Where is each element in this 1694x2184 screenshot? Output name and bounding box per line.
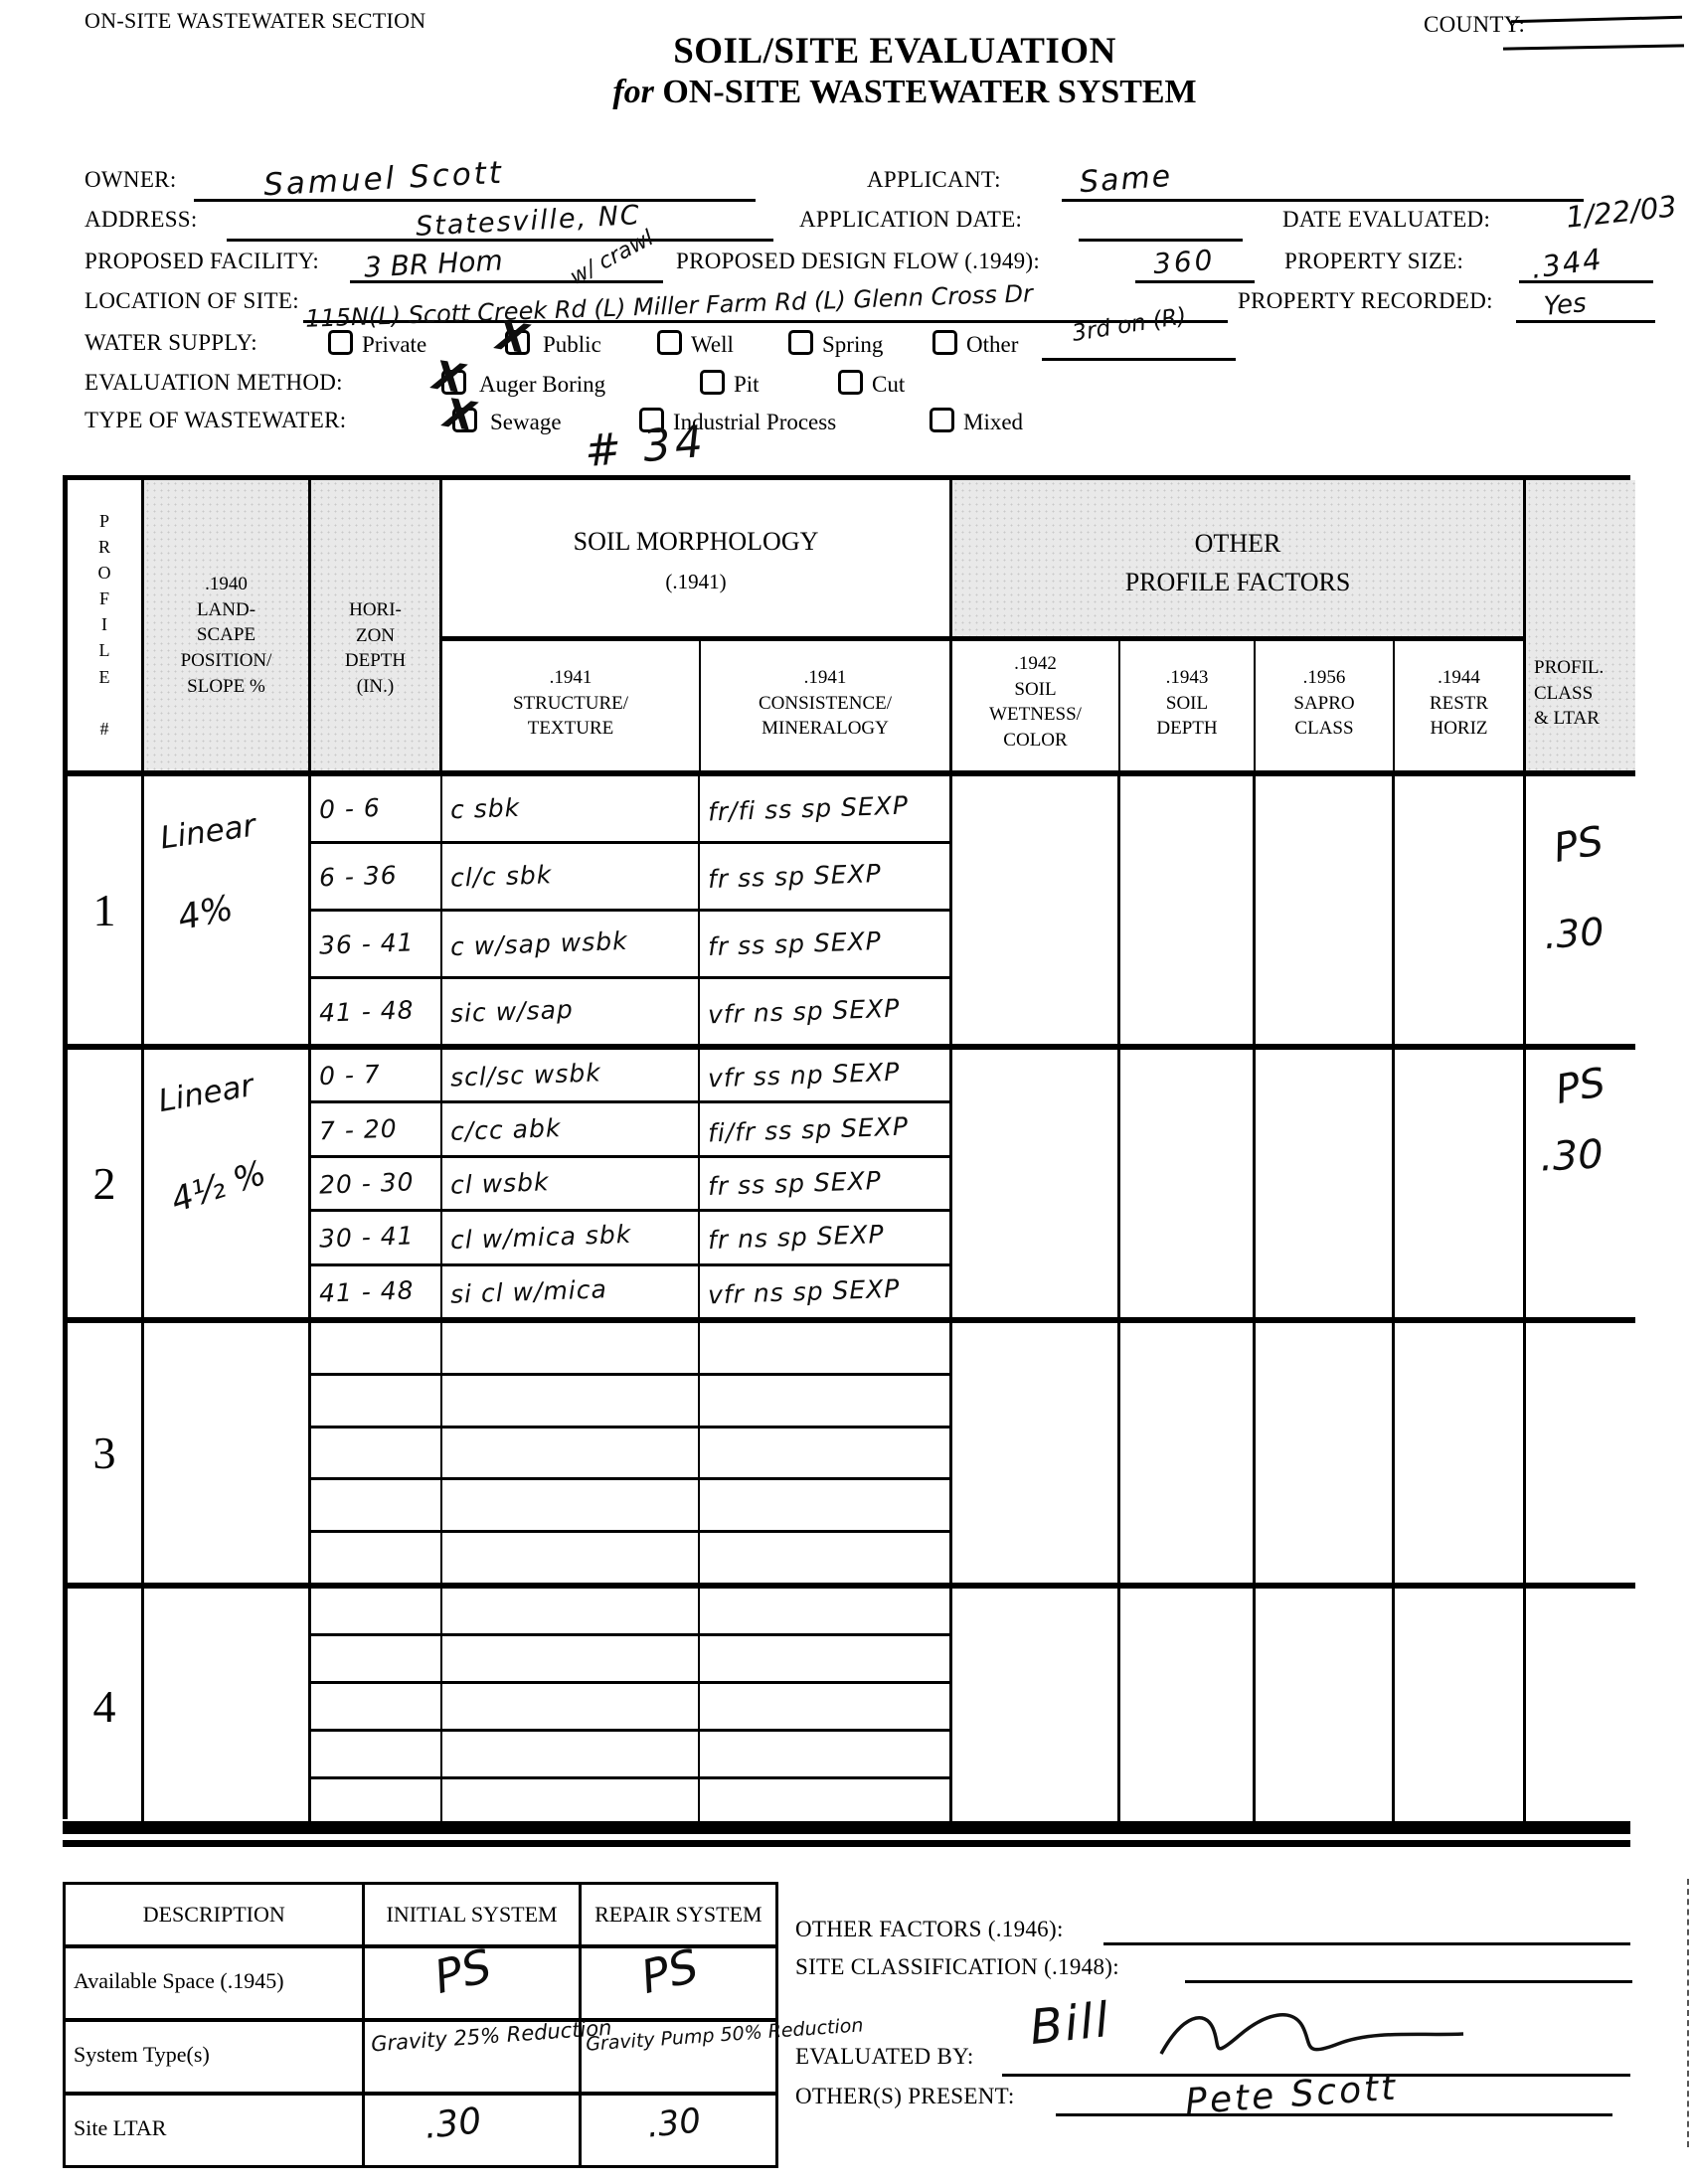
location-label: LOCATION OF SITE: bbox=[85, 288, 299, 314]
profile-class-value: PS bbox=[1552, 1060, 1609, 1113]
application-date-line bbox=[1079, 201, 1243, 242]
consistence-value: fr ss sp SEXP bbox=[708, 1166, 883, 1201]
system-table-header-row: DESCRIPTION INITIAL SYSTEM REPAIR SYSTEM bbox=[66, 1885, 775, 1944]
checkbox-label: Auger Boring bbox=[479, 372, 605, 397]
others-present-line: Pete Scott bbox=[1056, 2078, 1612, 2116]
consistence-value: fr/fi ss sp SEXP bbox=[708, 790, 910, 826]
soil-wetness-cell bbox=[952, 1589, 1120, 1824]
consistence-value: fr ns sp SEXP bbox=[708, 1220, 885, 1255]
wastewater-type-row: TYPE OF WASTEWATER: X Sewage Industrial … bbox=[0, 404, 1694, 447]
checkbox-icon bbox=[930, 408, 954, 432]
horizon-row bbox=[311, 1376, 949, 1428]
page-subtitle: for ON-SITE WASTEWATER SYSTEM bbox=[517, 74, 1292, 111]
ltar-value: .30 bbox=[1539, 1131, 1605, 1180]
county-label: COUNTY: bbox=[1424, 12, 1525, 38]
checkbox-label: Spring bbox=[822, 332, 883, 357]
profile-number: 1 bbox=[68, 776, 144, 1044]
water-supply-option-public: X Public bbox=[505, 330, 601, 358]
soil-depth-cell bbox=[1120, 1323, 1256, 1583]
column-header-structure-texture: .1941 STRUCTURE/ TEXTURE bbox=[442, 641, 701, 770]
owner-value: Samuel Scott bbox=[262, 155, 505, 204]
profile-class-ltar-cell bbox=[1526, 1589, 1635, 1824]
landscape-position-value: Linear bbox=[156, 1068, 256, 1119]
horizon-depth-value: 41 - 48 bbox=[319, 995, 416, 1027]
system-types-initial: Gravity 25% Reduction bbox=[371, 2014, 613, 2059]
soil-morphology-code: (.1941) bbox=[665, 570, 726, 593]
address-value: Statesville, NC bbox=[415, 200, 641, 243]
band-header-other-profile-factors: OTHER PROFILE FACTORS bbox=[952, 480, 1526, 641]
profile-block-3: 3 bbox=[68, 1317, 1635, 1583]
site-ltar-repair: .30 bbox=[645, 2100, 703, 2145]
section-label: ON-SITE WASTEWATER SECTION bbox=[85, 8, 425, 34]
structure-texture-value: cl w/mica sbk bbox=[449, 1220, 631, 1255]
system-types-row: System Type(s) Gravity 25% Reduction Gra… bbox=[66, 2018, 775, 2092]
column-header-profile-class-ltar: PROFIL. CLASS & LTAR bbox=[1526, 480, 1635, 770]
evaluation-method-option-cut: Cut bbox=[838, 370, 905, 398]
structure-texture-value: cl/c sbk bbox=[449, 860, 552, 893]
evaluation-method-label: EVALUATION METHOD: bbox=[85, 370, 343, 396]
property-recorded-line: Yes bbox=[1516, 282, 1655, 323]
horizon-row: 36 - 41 c w/sap wsbk fr ss sp SEXP bbox=[311, 912, 949, 979]
property-size-label: PROPERTY SIZE: bbox=[1284, 249, 1463, 274]
checkbox-icon bbox=[838, 370, 863, 395]
checkbox-label: Public bbox=[543, 332, 601, 357]
location-value: 115N(L) Scott Creek Rd (L) Miller Farm R… bbox=[305, 279, 1034, 333]
horizon-row: 41 - 48 sic w/sap vfr ns sp SEXP bbox=[311, 979, 949, 1044]
wastewater-type-option-mixed: Mixed bbox=[930, 408, 1023, 435]
horizon-row: 7 - 20 c/cc abk fi/fr ss sp SEXP bbox=[311, 1103, 949, 1157]
property-recorded-label: PROPERTY RECORDED: bbox=[1238, 288, 1493, 314]
checkbox-label: Sewage bbox=[490, 410, 562, 434]
landscape-cell bbox=[144, 1323, 311, 1583]
horizon-row bbox=[311, 1779, 949, 1824]
restrictive-horizon-cell bbox=[1395, 776, 1526, 1044]
landscape-cell bbox=[144, 1589, 311, 1824]
subtitle-rest: ON-SITE WASTEWATER SYSTEM bbox=[654, 74, 1197, 110]
slope-value: 4% bbox=[174, 889, 237, 939]
scanned-soil-site-evaluation-form: ON-SITE WASTEWATER SECTION COUNTY: SOIL/… bbox=[0, 0, 1694, 2184]
checkmark-x-icon: X bbox=[494, 316, 531, 360]
available-space-initial: PS bbox=[429, 1938, 497, 2004]
horizon-depth-value: 30 - 41 bbox=[319, 1222, 416, 1254]
column-header-landscape: .1940 LAND- SCAPE POSITION/ SLOPE % bbox=[144, 480, 311, 770]
horizon-depth-value: 41 - 48 bbox=[319, 1275, 416, 1307]
horizon-row bbox=[311, 1480, 949, 1533]
other-factors-line bbox=[1103, 1911, 1630, 1945]
structure-texture-value: c/cc abk bbox=[449, 1113, 561, 1146]
wastewater-type-option-sewage: X Sewage bbox=[452, 408, 562, 435]
page-title: SOIL/SITE EVALUATION bbox=[517, 30, 1272, 73]
profile-class-ltar-cell bbox=[1526, 1323, 1635, 1583]
header-repair-system: REPAIR SYSTEM bbox=[582, 1885, 775, 1944]
profile-number: 4 bbox=[68, 1589, 144, 1824]
applicant-value: Same bbox=[1079, 159, 1173, 200]
soil-depth-cell bbox=[1120, 1050, 1256, 1317]
separator-bar-thick bbox=[63, 1821, 1630, 1834]
separator-bar-thin bbox=[63, 1840, 1630, 1847]
proposed-facility-line: 3 BR Hom w/ crawl bbox=[350, 243, 663, 283]
water-supply-option-private: Private bbox=[328, 330, 426, 358]
checkbox-label: Mixed bbox=[963, 410, 1023, 434]
structure-texture-value: c w/sap wsbk bbox=[449, 926, 627, 961]
profile-class-ltar-cell: PS .30 bbox=[1526, 1050, 1635, 1317]
horizon-row: 20 - 30 cl wsbk fr ss sp SEXP bbox=[311, 1158, 949, 1212]
row-label: System Type(s) bbox=[66, 2022, 365, 2092]
column-header-horizon-depth: HORI- ZON DEPTH (IN.) bbox=[311, 480, 442, 770]
applicant-label: APPLICANT: bbox=[867, 167, 1001, 193]
application-date-label: APPLICATION DATE: bbox=[799, 207, 1022, 233]
site-classification-label: SITE CLASSIFICATION (.1948): bbox=[795, 1954, 1119, 1980]
design-flow-label: PROPOSED DESIGN FLOW (.1949): bbox=[676, 249, 1040, 274]
column-header-soil-depth: .1943 SOIL DEPTH bbox=[1120, 641, 1256, 770]
checkbox-icon bbox=[788, 330, 813, 355]
checkmark-x-icon: X bbox=[441, 394, 478, 437]
row-label: Available Space (.1945) bbox=[66, 1948, 365, 2018]
ltar-value: .30 bbox=[1543, 910, 1606, 957]
sapro-class-cell bbox=[1256, 776, 1395, 1044]
profile-class-value: PS bbox=[1550, 818, 1607, 872]
horizon-row: 0 - 7 scl/sc wsbk vfr ss np SEXP bbox=[311, 1050, 949, 1103]
slope-value: 4½ % bbox=[166, 1153, 270, 1221]
owner-line: Samuel Scott bbox=[194, 161, 756, 202]
subtitle-for-word: for bbox=[612, 74, 654, 110]
checkbox-icon bbox=[932, 330, 957, 355]
site-ltar-row: Site LTAR .30 .30 bbox=[66, 2092, 775, 2165]
structure-texture-value: si cl w/mica bbox=[449, 1274, 607, 1308]
water-supply-option-well: Well bbox=[657, 330, 734, 358]
horizon-row: 30 - 41 cl w/mica sbk fr ns sp SEXP bbox=[311, 1212, 949, 1265]
repair-system-value: Gravity Pump 50% Reduction bbox=[582, 2022, 775, 2092]
evaluated-by-label: EVALUATED BY: bbox=[795, 2044, 974, 2070]
applicant-line: Same bbox=[1062, 161, 1584, 202]
soil-morphology-title: SOIL MORPHOLOGY bbox=[574, 527, 819, 556]
horizon-rows bbox=[311, 1589, 952, 1824]
sapro-class-cell bbox=[1256, 1589, 1395, 1824]
profile-block-1: 1 Linear 4% 0 - 6 c sbk fr/fi ss sp SEXP… bbox=[68, 770, 1635, 1044]
soil-wetness-cell bbox=[952, 1323, 1120, 1583]
water-supply-label: WATER SUPPLY: bbox=[85, 330, 257, 356]
repair-system-value: PS bbox=[582, 1948, 775, 2018]
horizon-row bbox=[311, 1636, 949, 1684]
structure-texture-value: sic w/sap bbox=[449, 995, 574, 1028]
date-evaluated-label: DATE EVALUATED: bbox=[1282, 207, 1490, 233]
checkbox-label: Well bbox=[691, 332, 734, 357]
soil-depth-cell bbox=[1120, 1589, 1256, 1824]
row-label: Site LTAR bbox=[66, 2096, 365, 2165]
site-number-note: # 34 bbox=[583, 417, 709, 478]
horizon-rows bbox=[311, 1323, 952, 1583]
soil-profile-table: P R O F I L E # .1940 LAND- SCAPE POSITI… bbox=[63, 475, 1630, 1819]
consistence-value: fr ss sp SEXP bbox=[708, 926, 883, 961]
band-header-soil-morphology: SOIL MORPHOLOGY (.1941) bbox=[442, 480, 952, 641]
structure-texture-value: c sbk bbox=[449, 793, 520, 824]
site-ltar-initial: .30 bbox=[423, 2100, 483, 2147]
restrictive-horizon-cell bbox=[1395, 1323, 1526, 1583]
property-size-value: .344 bbox=[1529, 242, 1606, 285]
proposed-facility-label: PROPOSED FACILITY: bbox=[85, 249, 319, 274]
column-header-consistence-mineralogy: .1941 CONSISTENCE/ MINERALOGY bbox=[701, 641, 952, 770]
column-header-soil-wetness-color: .1942 SOIL WETNESS/ COLOR bbox=[952, 641, 1120, 770]
horizon-depth-value: 0 - 6 bbox=[319, 793, 382, 824]
profile-number: 3 bbox=[68, 1323, 144, 1583]
wastewater-type-label: TYPE OF WASTEWATER: bbox=[85, 408, 346, 433]
initial-system-value: Gravity 25% Reduction bbox=[365, 2022, 581, 2092]
design-flow-value: 360 bbox=[1152, 244, 1217, 280]
checkbox-icon bbox=[700, 370, 725, 395]
landscape-position-value: Linear bbox=[158, 807, 257, 856]
horizon-depth-value: 36 - 41 bbox=[319, 927, 416, 959]
checkbox-icon bbox=[328, 330, 353, 355]
evaluation-method-option-pit: Pit bbox=[700, 370, 760, 398]
horizon-depth-value: 7 - 20 bbox=[319, 1113, 399, 1145]
owner-label: OWNER: bbox=[85, 167, 177, 193]
property-recorded-value: Yes bbox=[1543, 288, 1588, 322]
consistence-value: fi/fr ss sp SEXP bbox=[708, 1111, 910, 1147]
checkbox-icon bbox=[657, 330, 682, 355]
consistence-value: vfr ss np SEXP bbox=[708, 1058, 901, 1093]
horizon-row bbox=[311, 1684, 949, 1732]
consistence-value: fr ss sp SEXP bbox=[708, 859, 883, 894]
horizon-depth-value: 0 - 7 bbox=[319, 1060, 382, 1091]
horizon-rows: 0 - 6 c sbk fr/fi ss sp SEXP 6 - 36 cl/c… bbox=[311, 776, 952, 1044]
soil-wetness-cell bbox=[952, 1050, 1120, 1317]
soil-wetness-cell bbox=[952, 776, 1120, 1044]
consistence-value: vfr ns sp SEXP bbox=[708, 994, 901, 1030]
horizon-depth-value: 6 - 36 bbox=[319, 861, 399, 893]
horizon-rows: 0 - 7 scl/sc wsbk vfr ss np SEXP 7 - 20 … bbox=[311, 1050, 952, 1317]
system-summary-table: DESCRIPTION INITIAL SYSTEM REPAIR SYSTEM… bbox=[63, 1882, 778, 2168]
others-present-label: OTHER(S) PRESENT: bbox=[795, 2084, 1015, 2109]
water-supply-option-spring: Spring bbox=[788, 330, 883, 358]
water-supply-option-other: Other bbox=[932, 330, 1018, 358]
repair-system-value: .30 bbox=[582, 2096, 775, 2165]
available-space-repair: PS bbox=[635, 1938, 703, 2004]
address-line: Statesville, NC bbox=[227, 201, 773, 242]
restrictive-horizon-cell bbox=[1395, 1050, 1526, 1317]
landscape-cell: Linear 4½ % bbox=[144, 1050, 311, 1317]
horizon-row bbox=[311, 1323, 949, 1376]
horizon-depth-value: 20 - 30 bbox=[319, 1167, 416, 1199]
profile-block-2: 2 Linear 4½ % 0 - 7 scl/sc wsbk vfr ss n… bbox=[68, 1044, 1635, 1317]
column-header-restrictive-horizon: .1944 RESTR HORIZ bbox=[1395, 641, 1526, 770]
water-supply-other-line bbox=[1042, 328, 1236, 361]
checkbox-label: Private bbox=[362, 332, 426, 357]
checkbox-label: Other bbox=[966, 332, 1018, 357]
scan-edge-artifact bbox=[1687, 1879, 1689, 2147]
horizon-row bbox=[311, 1732, 949, 1779]
other-factors-label: OTHER FACTORS (.1946): bbox=[795, 1917, 1064, 1942]
initial-system-value: PS bbox=[365, 1948, 581, 2018]
checkbox-label: Cut bbox=[872, 372, 905, 397]
consistence-value: vfr ns sp SEXP bbox=[708, 1273, 901, 1309]
horizon-row: 0 - 6 c sbk fr/fi ss sp SEXP bbox=[311, 776, 949, 844]
horizon-row: 6 - 36 cl/c sbk fr ss sp SEXP bbox=[311, 844, 949, 912]
water-supply-row: WATER SUPPLY: Private X Public Well Spri… bbox=[0, 326, 1694, 370]
landscape-cell: Linear 4% bbox=[144, 776, 311, 1044]
horizon-row bbox=[311, 1589, 949, 1636]
structure-texture-value: scl/sc wsbk bbox=[449, 1059, 601, 1092]
profile-number: 2 bbox=[68, 1050, 144, 1317]
design-flow-line: 360 bbox=[1135, 243, 1255, 283]
column-header-profile-number: P R O F I L E # bbox=[68, 480, 144, 770]
initial-system-value: .30 bbox=[365, 2096, 581, 2165]
proposed-facility-value: 3 BR Hom bbox=[363, 244, 503, 283]
column-header-sapro-class: .1956 SAPRO CLASS bbox=[1256, 641, 1395, 770]
profile-class-ltar-cell: PS .30 bbox=[1526, 776, 1635, 1044]
location-line: 115N(L) Scott Creek Rd (L) Miller Farm R… bbox=[303, 282, 1228, 323]
horizon-row: 41 - 48 si cl w/mica vfr ns sp SEXP bbox=[311, 1266, 949, 1317]
checkbox-label: Pit bbox=[734, 372, 760, 397]
horizon-row bbox=[311, 1533, 949, 1583]
sapro-class-cell bbox=[1256, 1050, 1395, 1317]
structure-texture-value: cl wsbk bbox=[449, 1167, 549, 1199]
available-space-row: Available Space (.1945) PS PS bbox=[66, 1944, 775, 2018]
county-blank-line-top bbox=[1511, 16, 1682, 24]
restrictive-horizon-cell bbox=[1395, 1589, 1526, 1824]
county-blank-line-bottom bbox=[1503, 44, 1684, 50]
sapro-class-cell bbox=[1256, 1323, 1395, 1583]
address-label: ADDRESS: bbox=[85, 207, 198, 233]
site-classification-line bbox=[1185, 1948, 1632, 1983]
profile-block-4: 4 bbox=[68, 1583, 1635, 1824]
evaluator-signature-scrawl bbox=[1153, 2006, 1471, 2066]
evaluator-signature: Bill bbox=[1027, 1992, 1112, 2056]
property-size-line: .344 bbox=[1519, 243, 1653, 283]
header-initial-system: INITIAL SYSTEM bbox=[365, 1885, 581, 1944]
soil-depth-cell bbox=[1120, 776, 1256, 1044]
header-description: DESCRIPTION bbox=[66, 1885, 365, 1944]
horizon-row bbox=[311, 1428, 949, 1481]
